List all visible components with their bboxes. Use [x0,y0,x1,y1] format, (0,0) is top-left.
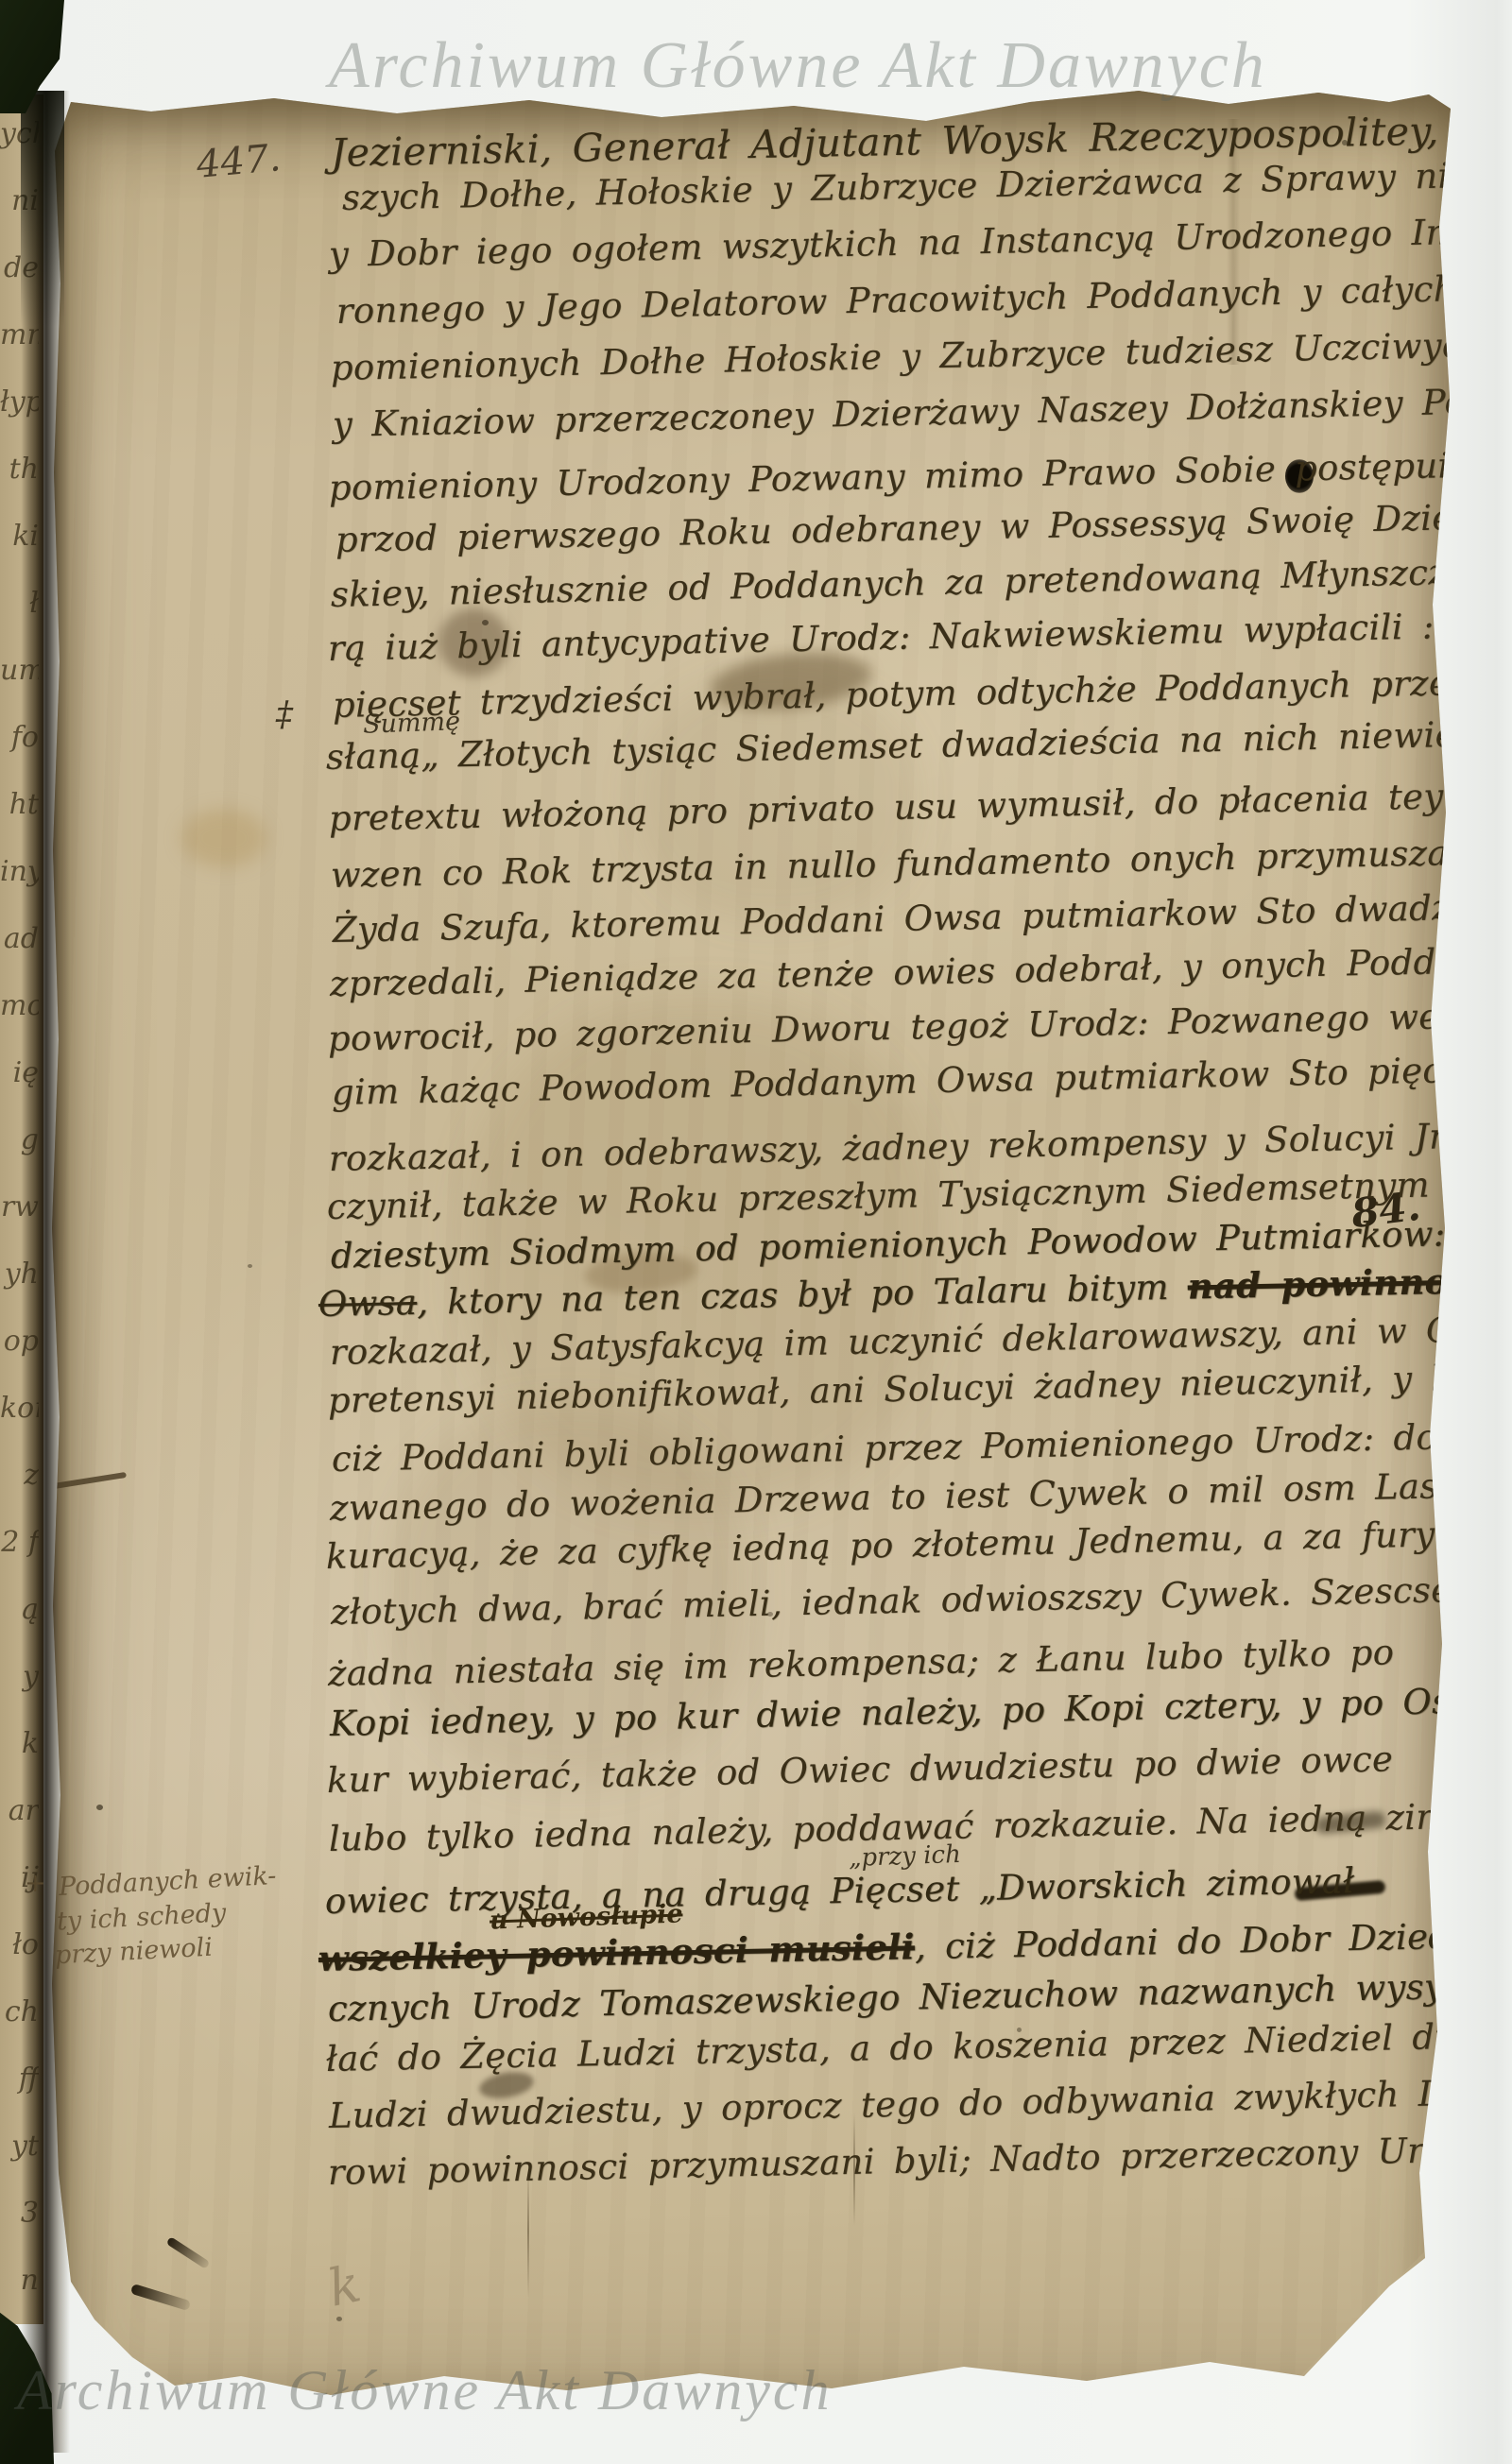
manuscript-line: rowi powinnosci przymuszani byli; Nadto … [328,2130,1512,2193]
margin-plus-mark: + [25,1869,46,1898]
manuscript-line: ronnego y Jego Delatorow Pracowitych Pod… [336,265,1512,332]
manuscript-text: złotych dwa, brać mieli, iednak odwioszs… [330,1569,1467,1633]
manuscript-text: , ciż Poddani do Dobr Dziedzi: [914,1915,1493,1967]
manuscript-text: zprzedali, Pieniądze za tenże owies odeb… [329,938,1512,1004]
folded-corner [1278,2235,1429,2387]
margin-dash-mark [53,1472,127,1489]
ink-speck [767,1612,773,1617]
manuscript-line: Żyda Szufa, ktoremu Poddani Owsa putmiar… [333,887,1512,950]
manuscript-line: Kopi iedney, y po kur dwie należy, po Ko… [330,1682,1485,1743]
manuscript-text: gim każąc Powodom Poddanym Owsa putmiark… [331,1047,1512,1113]
left-margin-note-line: Poddanych ewik- [58,1861,277,1902]
manuscript-line: łać do Żęcia Ludzi trzysta, a do koszeni… [326,2017,1498,2079]
margin-dagger-mark: ‡ [276,695,293,734]
manuscript-text: powrocił, po zgorzeniu Dworu tegoż Urodz… [327,993,1512,1059]
left-margin-note-line: ty ich schedy [56,1898,227,1936]
manuscript-text: y Dobr iego ogołem wszytkich na Instancy… [328,207,1512,275]
ink-speck [482,620,489,625]
ink-speck [1017,2028,1022,2032]
previous-page-edge: ych ni de mn łyp th ki ł um fo ht iny ad… [0,94,43,2324]
manuscript-line: wzen co Rok trzysta in nullo fundamento … [331,832,1512,896]
manuscript-text: Ludzi dwudziestu, y oprocz tego do odbyw… [328,2072,1498,2136]
ink-speck [248,1264,252,1268]
manuscript-text: ronnego y Jego Delatorow Pracowitych Pod… [335,263,1512,332]
manuscript-text: rowi powinnosci przymuszani byli; Nadto … [327,2129,1512,2193]
ink-flick [130,2284,191,2311]
manuscript-line: złotych dwa, brać mieli, iednak odwioszs… [331,1571,1467,1633]
manuscript-text: pretextu włożoną pro privato usu wymusił… [328,773,1512,839]
manuscript-line: pięcset trzydzieści wybrał, potym odtych… [333,659,1512,726]
manuscript-line: kur wybierać, także od Owiec dwudziestu … [327,1740,1394,1800]
manuscript-text: Żyda Szufa, ktoremu Poddani Owsa putmiar… [332,885,1512,950]
manuscript-line: rą iuż byli antycypative Urodz: Nakwiews… [328,605,1512,669]
manuscript-line: Ludzi dwudziestu, y oprocz tego do odbyw… [329,2074,1499,2136]
manuscript-scan: ych ni de mn łyp th ki ł um fo ht iny ad… [0,0,1512,2464]
ink-speck [1342,140,1348,145]
manuscript-text: skiey, niesłusznie od Poddanych za prete… [330,548,1512,615]
manuscript-line: pomieniony Urodzony Pozwany mimo Prawo S… [329,445,1512,508]
previous-page-text-fragments: ych ni de mn łyp th ki ł um fo ht iny ad… [0,100,39,2314]
page-number: 447. [195,136,283,187]
manuscript-text: rą iuż byli antycypative Urodz: Nakwiews… [327,603,1512,669]
manuscript-line: powrocił, po zgorzeniu Dworu tegoż Urodz… [328,995,1512,1059]
manuscript-page: k 447. 84. ‡ Summę „przy ich u Nowosłupi… [49,91,1459,2417]
ink-speck [1079,418,1084,422]
manuscript-text: pięcset trzydzieści wybrał, potym odtych… [332,658,1512,726]
manuscript-line: y Dobr iego ogołem wszytkich na Instancy… [329,209,1512,274]
manuscript-line: skiey, niesłusznie od Poddanych za prete… [331,550,1512,615]
left-margin-note-line: przy niewoli [54,1933,213,1971]
manuscript-text: pomienionych Dołhe Hołoskie y Zubrzyce t… [330,320,1512,388]
struck-text: Owsa [1464,1211,1512,1254]
manuscript-text: owiec trzysta, a na drugą Pięcset „Dwors… [324,1860,1354,1922]
ink-flick [166,2236,211,2269]
manuscript-text: , ktory na ten czas był po Talaru bitym [417,1267,1188,1323]
manuscript-text: wybrać [1489,1257,1512,1301]
manuscript-line: gim każąc Powodom Poddanym Owsa putmiark… [332,1049,1512,1112]
manuscript-line: pretextu włożoną pro privato usu wymusił… [329,775,1512,839]
manuscript-line: słaną„ Złotych tysiąc Siedemset dwadzieś… [326,712,1512,777]
manuscript-text: kur wybierać, także od Owiec dwudziestu … [326,1738,1393,1801]
struck-text: wszelkiey powinnosci musieli [318,1925,915,1979]
manuscript-line: y Kniaziow przerzeczoney Dzierżawy Nasze… [333,378,1512,444]
manuscript-line: owiec trzysta, a na drugą Pięcset „Dwors… [325,1862,1355,1922]
faint-pencil-mark: k [323,2253,366,2318]
paper-stain [181,809,266,867]
ink-speck [336,2317,342,2321]
manuscript-line: zprzedali, Pieniądze za tenże owies odeb… [330,940,1512,1004]
manuscript-line: pomienionych Dołhe Hołoskie y Zubrzyce t… [331,322,1512,388]
manuscript-text: pomieniony Urodzony Pozwany mimo Prawo S… [328,443,1512,508]
manuscript-text: wzen co Rok trzysta in nullo fundamento … [330,830,1512,896]
struck-text: nad powinność [1187,1259,1490,1307]
struck-text: Owsa [318,1282,417,1325]
ink-speck [96,1805,103,1810]
manuscript-text: y Kniaziow przerzeczoney Dzierżawy Nasze… [332,376,1512,445]
